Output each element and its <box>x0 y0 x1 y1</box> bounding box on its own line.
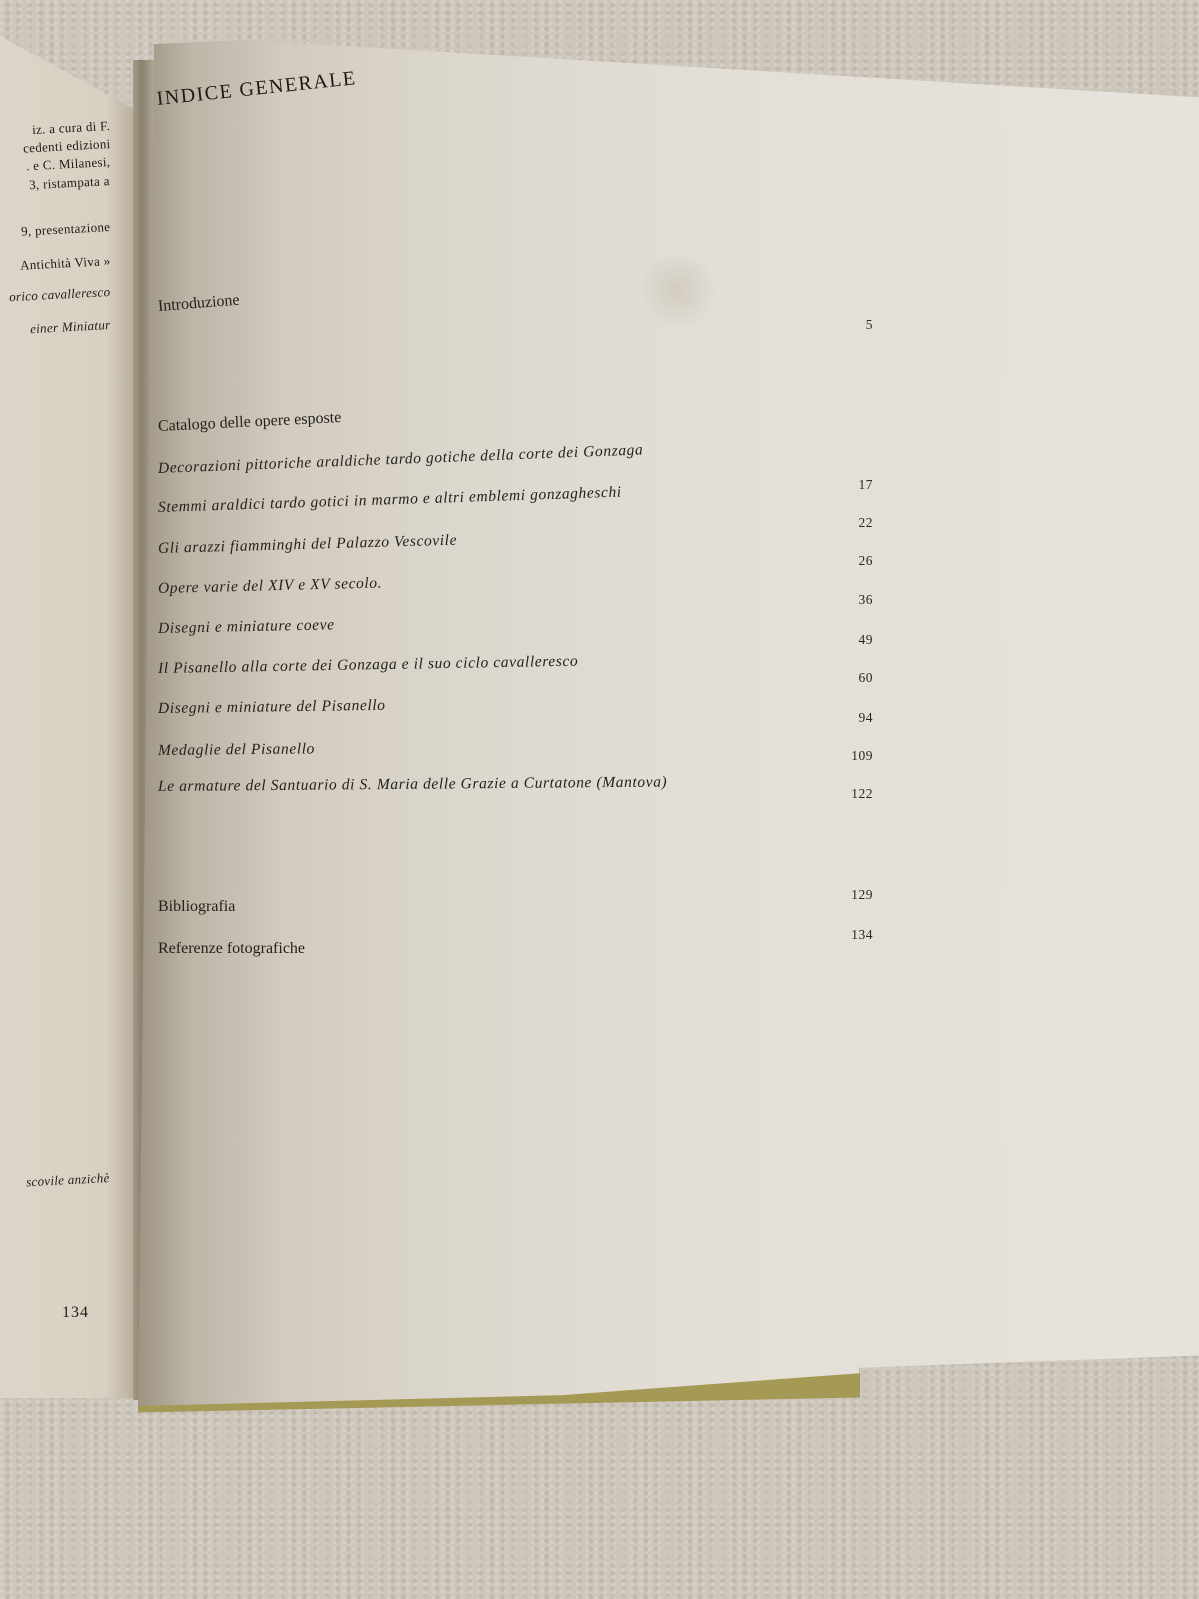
toc-entry-page-number: 5 <box>833 317 873 333</box>
left-text-line: einer Miniatur <box>29 317 110 337</box>
toc-entry-label: Gli arazzi fiamminghi del Palazzo Vescov… <box>158 532 458 558</box>
toc-entry-label: Referenze fotografiche <box>158 940 305 958</box>
toc-entry-page-number: 94 <box>833 710 873 726</box>
toc-entry-label: Disegni e miniature coeve <box>158 616 335 638</box>
toc-entry-label: Il Pisanello alla corte dei Gonzaga e il… <box>158 653 579 678</box>
toc-entry-page-number: 36 <box>833 592 873 608</box>
right-page: INDICE GENERALE Introduzione5Catalogo de… <box>138 40 1199 1406</box>
toc-entry-label: Medaglie del Pisanello <box>158 740 315 760</box>
left-text-line: . e C. Milanesi, <box>25 154 110 174</box>
toc-entry-page-number: 122 <box>833 786 873 802</box>
toc-entry-label: Le armature del Santuario di S. Maria de… <box>158 774 667 796</box>
toc-entry-label: Catalogo delle opere esposte <box>158 409 342 436</box>
left-text-line: 3, ristampata a <box>29 173 110 193</box>
toc-entry-page-number: 17 <box>833 477 873 493</box>
toc-entry-label: Bibliografia <box>158 898 235 916</box>
paper-stain <box>638 250 718 330</box>
toc-entry-page-number: 134 <box>833 927 873 943</box>
left-page: iz. a cura di F. cedenti edizioni . e C.… <box>0 36 150 1398</box>
toc-entry-page-number: 129 <box>833 887 873 903</box>
left-text-line: cedenti edizioni <box>22 136 110 157</box>
toc-entry-page-number: 26 <box>833 553 873 569</box>
toc-entry-label: Stemmi araldici tardo gotici in marmo e … <box>158 484 622 517</box>
left-text-line: Antichità Viva » <box>19 253 110 274</box>
toc-entry-page-number: 109 <box>833 748 873 764</box>
toc-title: INDICE GENERALE <box>156 67 358 111</box>
toc-entry-label: Opere varie del XIV e XV secolo. <box>158 575 383 598</box>
toc-entry-label: Introduzione <box>157 292 240 316</box>
toc-entry-page-number: 60 <box>833 670 873 686</box>
left-page-number: 134 <box>62 1304 89 1322</box>
toc-entry-page-number: 22 <box>833 515 873 531</box>
toc-entry-label: Disegni e miniature del Pisanello <box>158 697 386 718</box>
left-text-line: scovile anzichè <box>26 1170 110 1190</box>
toc-entry-page-number: 49 <box>833 632 873 648</box>
left-text-line: orico cavalleresco <box>8 284 110 305</box>
left-text-line: iz. a cura di F. <box>32 118 111 138</box>
left-text-line: 9, presentazione <box>20 219 110 240</box>
toc-entry-label: Decorazioni pittoriche araldiche tardo g… <box>158 441 644 478</box>
